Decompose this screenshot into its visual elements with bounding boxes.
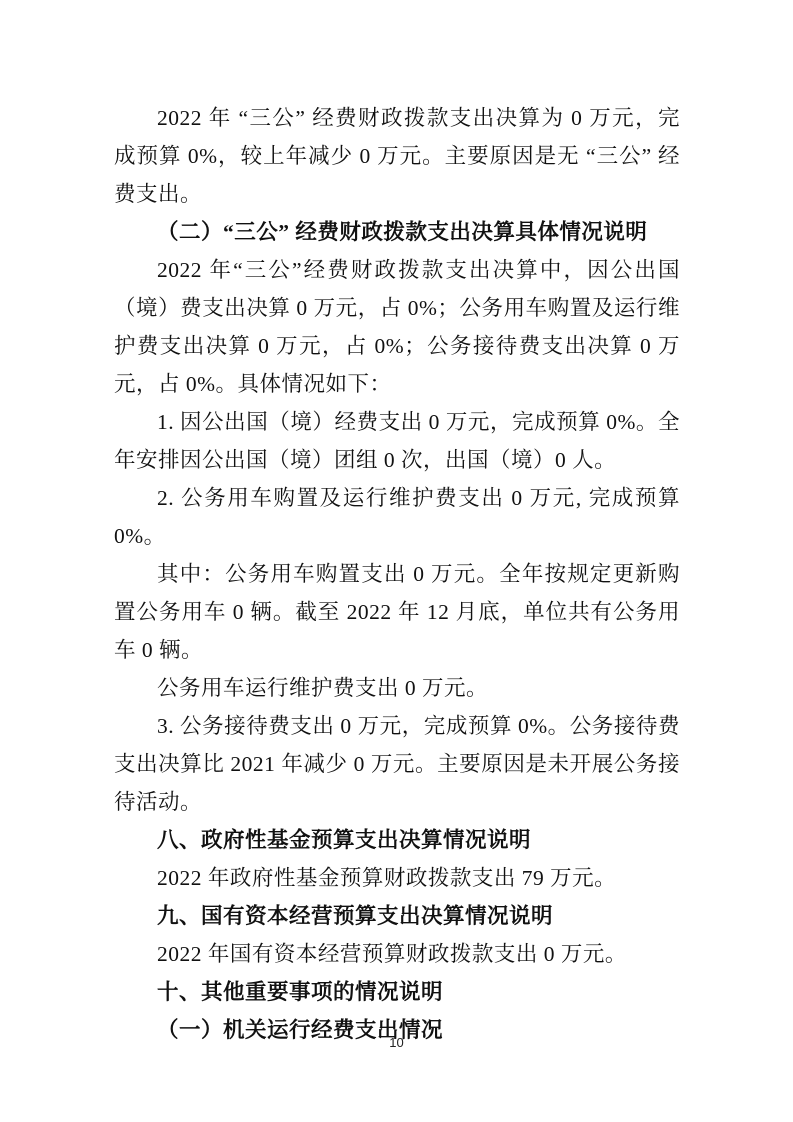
document-page: 2022 年 “三公” 经费财政拨款支出决算为 0 万元，完成预算 0%，较上年…	[0, 0, 793, 1122]
paragraph-vehicle-maintenance: 公务用车运行维护费支出 0 万元。	[114, 669, 680, 707]
paragraph-state-capital-expense: 2022 年国有资本经营预算财政拨款支出 0 万元。	[114, 935, 680, 973]
section-heading-9-state-capital: 九、国有资本经营预算支出决算情况说明	[114, 897, 680, 935]
paragraph-item-2-vehicle-expense: 2. 公务用车购置及运行维护费支出 0 万元, 完成预算 0%。	[114, 479, 680, 555]
paragraph-vehicle-purchase-detail: 其中：公务用车购置支出 0 万元。全年按规定更新购置公务用车 0 辆。截至 20…	[114, 555, 680, 669]
section-heading-8-gov-fund-budget: 八、政府性基金预算支出决算情况说明	[114, 821, 680, 859]
paragraph-sangong-summary: 2022 年 “三公” 经费财政拨款支出决算为 0 万元，完成预算 0%，较上年…	[114, 99, 680, 213]
paragraph-sangong-breakdown: 2022 年“三公”经费财政拨款支出决算中，因公出国（境）费支出决算 0 万元，…	[114, 251, 680, 403]
paragraph-item-3-reception-expense: 3. 公务接待费支出 0 万元，完成预算 0%。公务接待费支出决算比 2021 …	[114, 707, 680, 821]
document-text-block: 2022 年 “三公” 经费财政拨款支出决算为 0 万元，完成预算 0%，较上年…	[114, 99, 680, 1049]
section-heading-10-other-matters: 十、其他重要事项的情况说明	[114, 973, 680, 1011]
paragraph-item-1-abroad-expense: 1. 因公出国（境）经费支出 0 万元，完成预算 0%。全年安排因公出国（境）团…	[114, 403, 680, 479]
page-number: 10	[0, 1035, 793, 1050]
section-heading-sangong-details: （二）“三公” 经费财政拨款支出决算具体情况说明	[114, 213, 680, 251]
paragraph-gov-fund-expense: 2022 年政府性基金预算财政拨款支出 79 万元。	[114, 859, 680, 897]
